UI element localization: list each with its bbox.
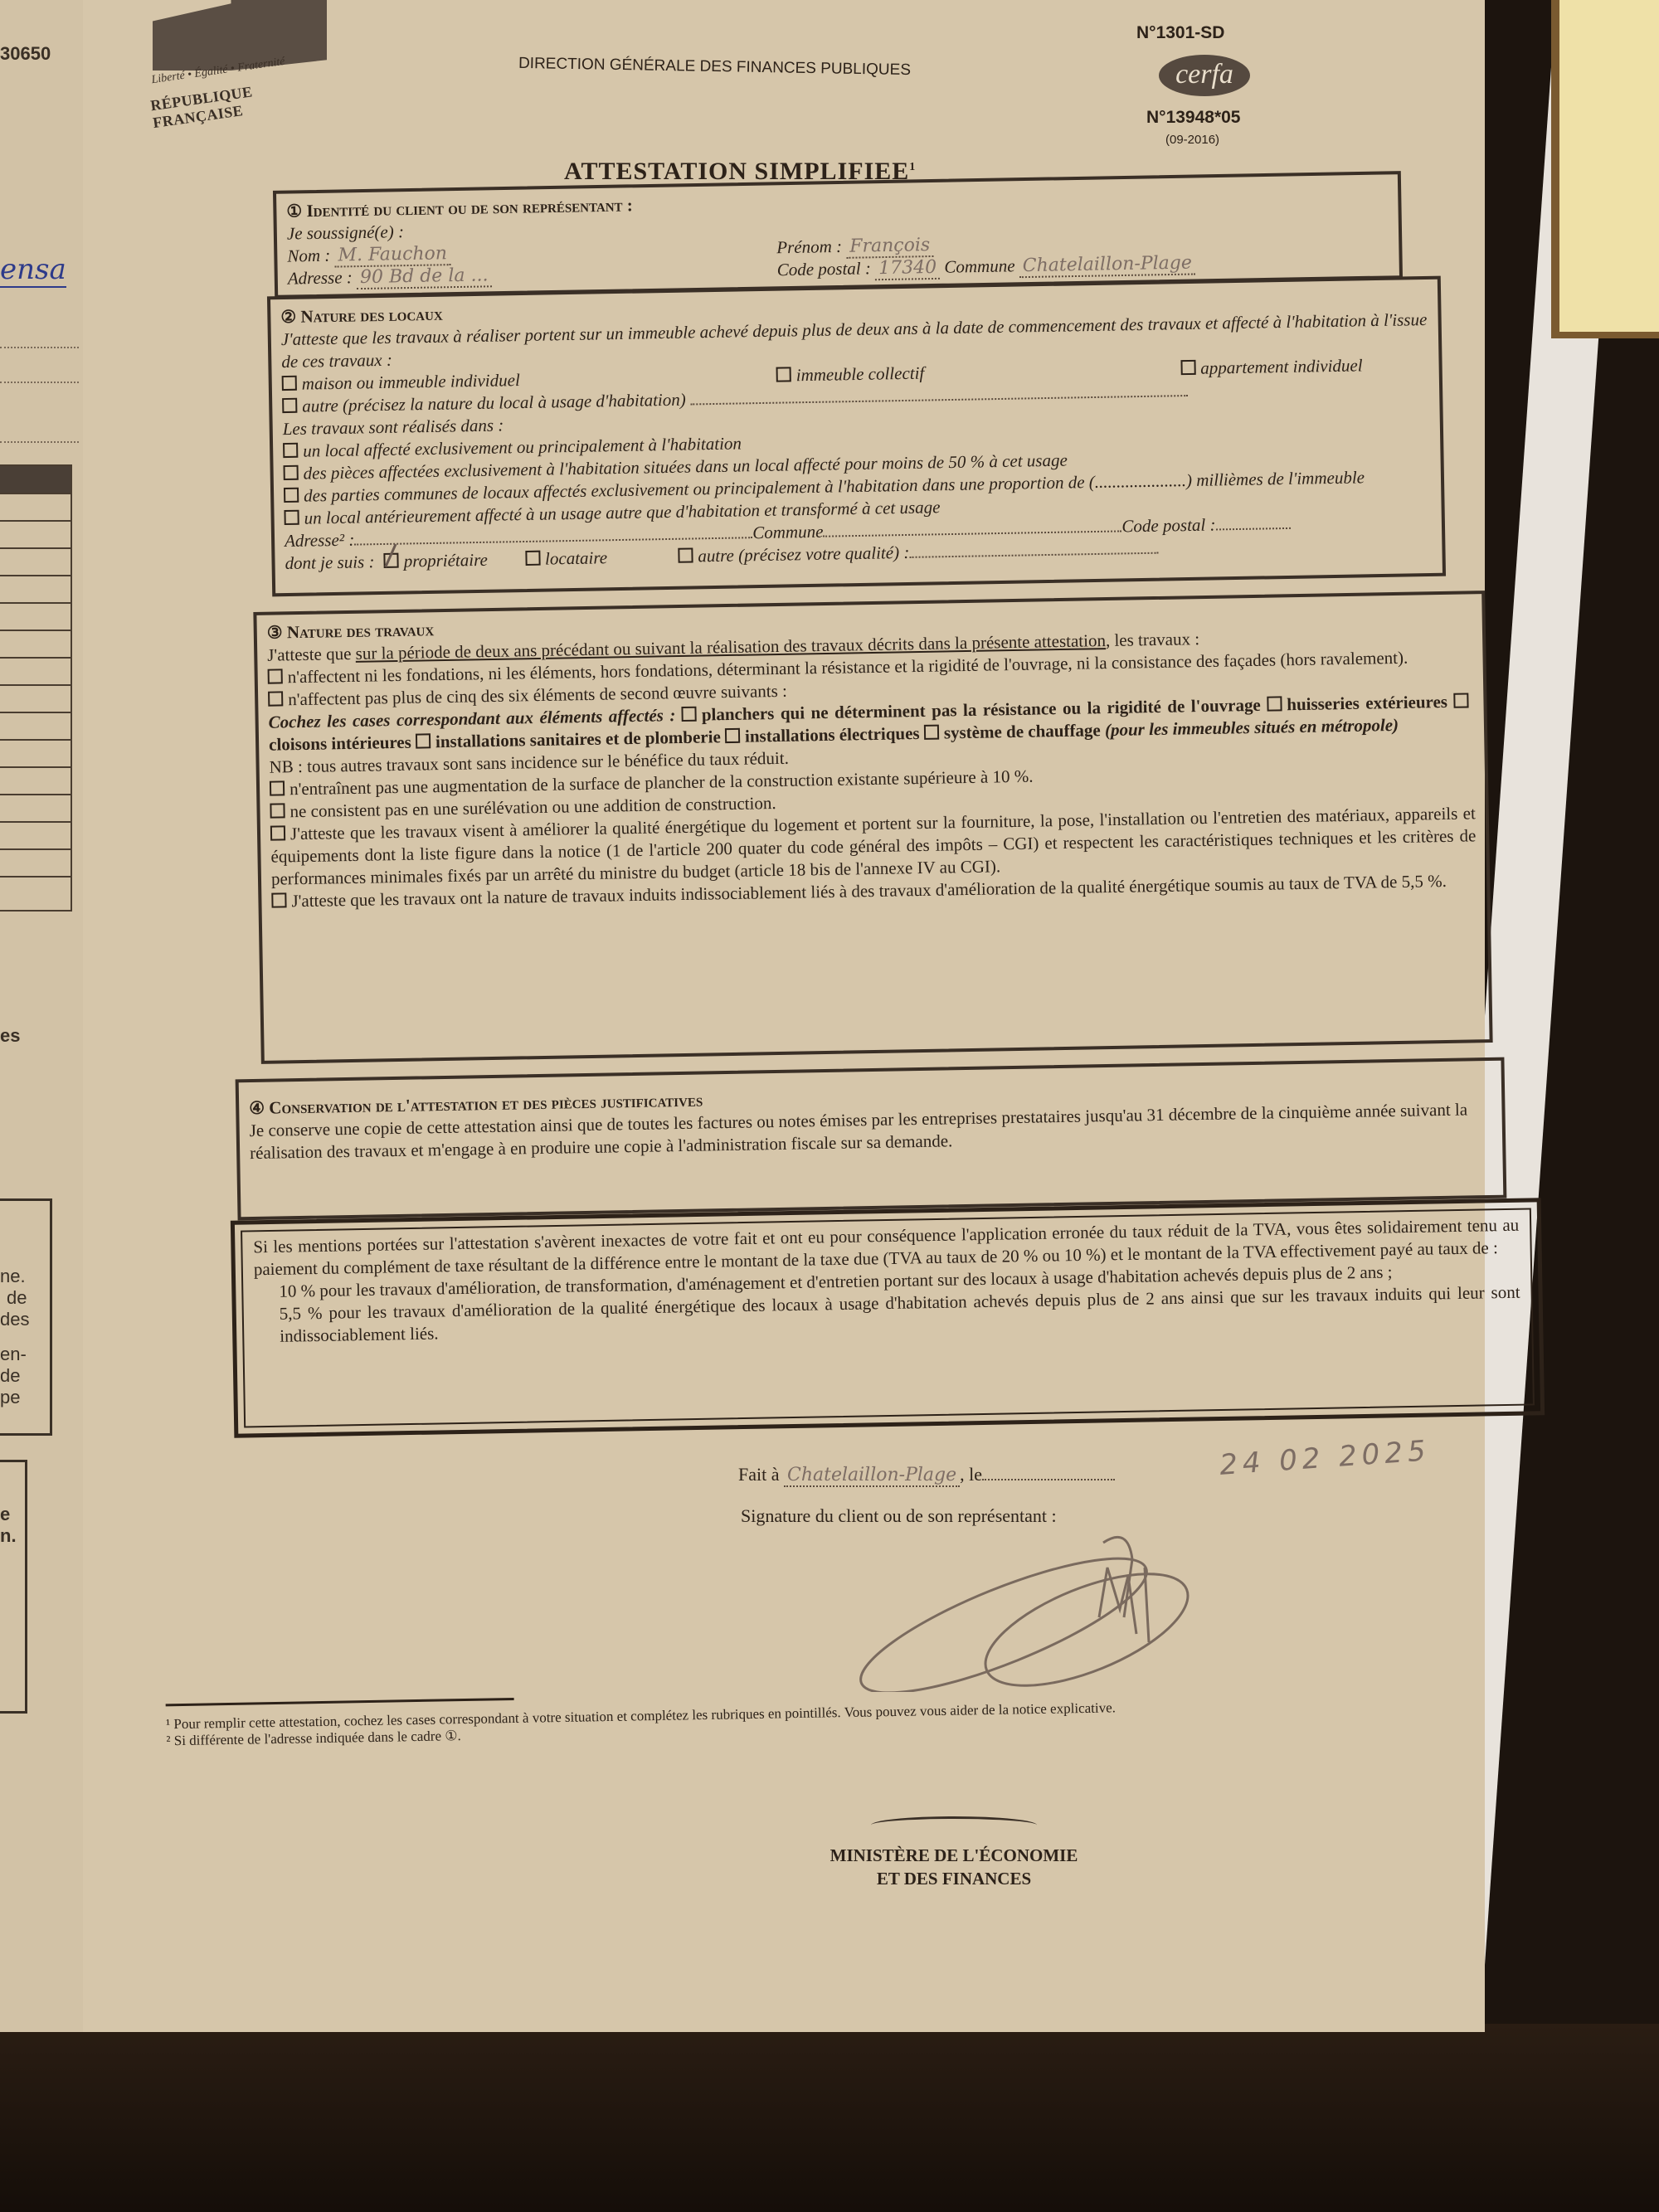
option-label: installations sanitaires et de plomberie <box>435 727 721 751</box>
checkbox-sanitaires[interactable]: installations sanitaires et de plomberie <box>416 727 721 751</box>
adresse-label: Adresse : <box>288 267 353 288</box>
checkbox-icon[interactable] <box>924 725 939 740</box>
checkbox-icon[interactable] <box>725 728 740 743</box>
background-page: 30650 ensa es ne. de des en- de pe e n. <box>0 0 85 2032</box>
option-label: locataire <box>545 547 607 568</box>
intro-text: , les travaux : <box>1106 629 1200 650</box>
checkbox-checked-icon[interactable] <box>384 553 399 568</box>
code-postal-field[interactable]: 17340 <box>875 257 940 280</box>
le-label: , le <box>960 1464 982 1485</box>
checkbox-icon[interactable] <box>282 398 297 413</box>
option-label: installations électriques <box>745 723 920 746</box>
date-dotted-line <box>982 1479 1115 1480</box>
checkbox-huisseries[interactable]: huisseries extérieures <box>1267 692 1447 715</box>
republique-francaise-logo: Liberté • Égalité • Fraternité RÉPUBLIQU… <box>151 0 333 129</box>
background-text: de <box>7 1287 27 1309</box>
option-label: appartement individuel <box>1200 355 1363 377</box>
chauffage-note: (pour les immeubles situés en métropole) <box>1105 715 1399 740</box>
background-text: n. <box>0 1525 17 1547</box>
commune2-label: Commune <box>752 522 824 542</box>
checkbox-proprietaire[interactable]: propriétaire <box>384 550 489 571</box>
checkbox-icon[interactable] <box>678 547 693 562</box>
background-text: e <box>0 1504 10 1525</box>
section-nature-locaux: ② Nature des locaux J'atteste que les tr… <box>267 276 1446 597</box>
checkbox-icon[interactable] <box>1180 360 1195 375</box>
cerfa-date: (09-2016) <box>1165 133 1219 147</box>
dotted-line <box>0 382 79 383</box>
dont-label: dont je suis : <box>285 552 374 573</box>
checkbox-locataire[interactable]: locataire <box>525 547 607 569</box>
adresse2-label: Adresse² : <box>285 530 355 551</box>
code-postal2-label: Code postal : <box>1121 514 1216 536</box>
section-conservation: ④ Conservation de l'attestation et des p… <box>236 1057 1507 1221</box>
checkbox-icon[interactable] <box>1453 693 1468 707</box>
cerfa-number: N°13948*05 <box>1146 108 1241 128</box>
checkbox-icon[interactable] <box>525 551 540 566</box>
title-footnote-ref: 1 <box>909 161 916 173</box>
checkbox-icon[interactable] <box>284 510 299 525</box>
checkbox-icon[interactable] <box>1267 696 1282 711</box>
code-postal-label: Code postal : <box>777 258 872 280</box>
nom-label: Nom : <box>287 246 330 266</box>
option-label: maison ou immeuble individuel <box>302 370 520 394</box>
sticky-note <box>1551 0 1659 338</box>
checkbox-appartement[interactable]: appartement individuel <box>1180 354 1363 380</box>
ministry-name-line: MINISTÈRE DE L'ÉCONOMIE <box>788 1844 1120 1867</box>
cerfa-logo-icon: cerfa <box>1159 55 1250 96</box>
desk-background <box>0 2024 1659 2212</box>
section-nature-travaux: ③ Nature des travaux J'atteste que sur l… <box>253 591 1492 1064</box>
background-text: pe <box>0 1387 20 1408</box>
marianne-logo-icon <box>153 0 327 70</box>
background-table <box>0 464 72 912</box>
checkbox-electriques[interactable]: installations électriques <box>725 723 920 746</box>
fait-label: Fait à <box>738 1464 780 1485</box>
dotted-line <box>0 441 79 443</box>
background-page-number: 30650 <box>0 43 51 65</box>
fait-a-line: Fait à Chatelaillon-Plage, le <box>738 1464 1115 1485</box>
code-postal2-field[interactable] <box>1216 527 1291 531</box>
prenom-label: Prénom : <box>776 236 842 257</box>
option-label: immeuble collectif <box>796 363 925 386</box>
commune-field[interactable]: Chatelaillon-Plage <box>1019 252 1196 278</box>
autre-qualite-field[interactable] <box>909 552 1158 558</box>
adresse-field[interactable]: 90 Bd de la ... <box>357 265 492 289</box>
checkbox-icon[interactable] <box>283 443 298 458</box>
background-text: es <box>0 1025 20 1047</box>
option-label: propriétaire <box>404 550 489 571</box>
checkbox-icon[interactable] <box>268 668 283 683</box>
checkbox-icon[interactable] <box>416 733 431 748</box>
nom-field[interactable]: M. Fauchon <box>334 243 450 267</box>
option-label: cloisons intérieures <box>269 732 411 755</box>
checkbox-icon[interactable] <box>284 465 299 480</box>
checkbox-icon[interactable] <box>284 488 299 503</box>
background-text: de <box>0 1365 20 1387</box>
signature-label: Signature du client ou de son représenta… <box>741 1505 1057 1527</box>
signature-scribble-icon[interactable] <box>838 1526 1236 1692</box>
background-handwriting: ensa <box>0 253 66 288</box>
form-number: N°1301-SD <box>1136 23 1224 43</box>
prenom-field[interactable]: François <box>846 235 933 259</box>
intro-text: J'atteste que <box>267 644 356 665</box>
fait-a-field[interactable]: Chatelaillon-Plage <box>784 1465 960 1487</box>
ministry-name-line: ET DES FINANCES <box>788 1867 1120 1890</box>
commune2-field[interactable] <box>824 530 1122 537</box>
background-text: en- <box>0 1344 27 1365</box>
background-text: des <box>0 1309 29 1330</box>
checkbox-immeuble-collectif[interactable]: immeuble collectif <box>776 362 925 387</box>
warning-box: Si les mentions portées sur l'attestatio… <box>231 1198 1545 1438</box>
option-label: autre (précisez votre qualité) : <box>698 542 909 566</box>
checkbox-icon[interactable] <box>270 825 285 840</box>
checkbox-icon[interactable] <box>271 892 286 907</box>
checkbox-icon[interactable] <box>270 780 285 795</box>
checkbox-icon[interactable] <box>270 803 285 818</box>
option-label: système de chauffage <box>944 720 1101 742</box>
commune-label: Commune <box>944 255 1015 276</box>
checkbox-autre-qualite[interactable]: autre (précisez votre qualité) : <box>678 542 909 566</box>
checkbox-icon[interactable] <box>282 376 297 391</box>
background-text: ne. <box>0 1266 26 1287</box>
background-box: ne. de des en- de pe <box>0 1198 52 1436</box>
ministry-arc-icon <box>871 1816 1037 1834</box>
dotted-line <box>0 347 79 348</box>
checkbox-icon[interactable] <box>776 367 791 382</box>
checkbox-icon[interactable] <box>682 707 697 722</box>
checkbox-chauffage[interactable]: système de chauffage <box>924 720 1101 743</box>
checkbox-icon[interactable] <box>268 691 283 706</box>
adresse2-field[interactable] <box>354 537 752 545</box>
ministry-logo: MINISTÈRE DE L'ÉCONOMIE ET DES FINANCES <box>788 1816 1120 1890</box>
option-label: huisseries extérieures <box>1287 692 1447 714</box>
background-box: e n. <box>0 1460 27 1714</box>
